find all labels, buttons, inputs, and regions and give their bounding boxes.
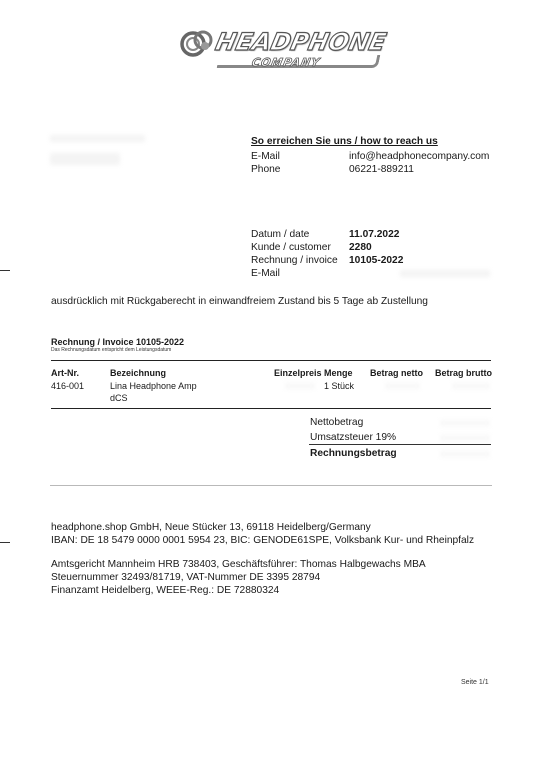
customer-label: Kunde / customer bbox=[251, 241, 331, 254]
col-betrag-brutto: Betrag brutto bbox=[435, 367, 492, 380]
footer-company-address: headphone.shop GmbH, Neue Stücker 13, 69… bbox=[51, 521, 371, 534]
cell-art-nr: 416-001 bbox=[51, 380, 84, 393]
redacted-address-line bbox=[50, 153, 120, 165]
contact-email-value[interactable]: info@headphonecompany.com bbox=[349, 150, 489, 163]
redacted-total-amount bbox=[440, 451, 490, 457]
col-menge: Menge bbox=[324, 367, 353, 380]
table-top-rule bbox=[51, 360, 491, 361]
net-amount-label: Nettobetrag bbox=[310, 416, 363, 429]
footer-registry: Amtsgericht Mannheim HRB 738403, Geschäf… bbox=[51, 558, 426, 571]
redacted-net-amount bbox=[440, 420, 490, 426]
customer-value: 2280 bbox=[349, 241, 372, 254]
company-logo: HEADPHONE COMPANY bbox=[178, 22, 378, 74]
invoice-subtitle: Das Rechnungsdatum entspricht dem Leistu… bbox=[51, 347, 171, 353]
col-betrag-netto: Betrag netto bbox=[370, 367, 423, 380]
cell-bezeichnung-line2: dCS bbox=[110, 392, 128, 405]
logo-name: HEADPHONE bbox=[213, 28, 388, 56]
invoice-label: Rechnung / invoice bbox=[251, 254, 338, 267]
col-bezeichnung: Bezeichnung bbox=[110, 367, 166, 380]
fold-mark-top bbox=[0, 270, 10, 271]
col-art-nr: Art-Nr. bbox=[51, 367, 79, 380]
logo-subtitle: COMPANY bbox=[251, 56, 322, 69]
page-number: Seite 1/1 bbox=[461, 678, 489, 687]
email-label: E-Mail bbox=[251, 267, 280, 280]
redacted-customer-email bbox=[400, 270, 490, 277]
contact-phone-value: 06221-889211 bbox=[349, 163, 414, 176]
footer-bank-details: IBAN: DE 18 5479 0000 0001 5954 23, BIC:… bbox=[51, 534, 474, 547]
redacted-sender-line bbox=[50, 135, 145, 142]
contact-phone-label: Phone bbox=[251, 163, 280, 176]
table-bottom-rule bbox=[51, 408, 491, 409]
headphone-logo-icon bbox=[180, 26, 214, 60]
return-notice: ausdrücklich mit Rückgaberecht in einwan… bbox=[51, 295, 428, 308]
contact-email-label: E-Mail bbox=[251, 150, 280, 163]
footer-tax-numbers: Steuernummer 32493/81719, VAT-Nummer DE … bbox=[51, 571, 320, 584]
redacted-brutto bbox=[452, 383, 490, 389]
total-amount-label: Rechnungsbetrag bbox=[310, 447, 397, 460]
col-einzelpreis: Einzelpreis bbox=[274, 367, 322, 380]
cell-menge: 1 Stück bbox=[324, 380, 354, 393]
contact-heading: So erreichen Sie uns / how to reach us bbox=[251, 135, 438, 148]
footer-tax-office: Finanzamt Heidelberg, WEEE-Reg.: DE 7288… bbox=[51, 584, 279, 597]
date-value: 11.07.2022 bbox=[349, 228, 399, 241]
redacted-tax-amount bbox=[440, 435, 490, 441]
tax-label: Umsatzsteuer 19% bbox=[310, 431, 396, 444]
footer-separator bbox=[50, 485, 492, 486]
redacted-netto bbox=[385, 383, 420, 389]
totals-rule bbox=[309, 444, 491, 445]
invoice-value: 10105-2022 bbox=[349, 254, 403, 267]
fold-mark-bottom bbox=[0, 542, 10, 543]
redacted-einzelpreis bbox=[285, 383, 315, 389]
date-label: Datum / date bbox=[251, 228, 309, 241]
